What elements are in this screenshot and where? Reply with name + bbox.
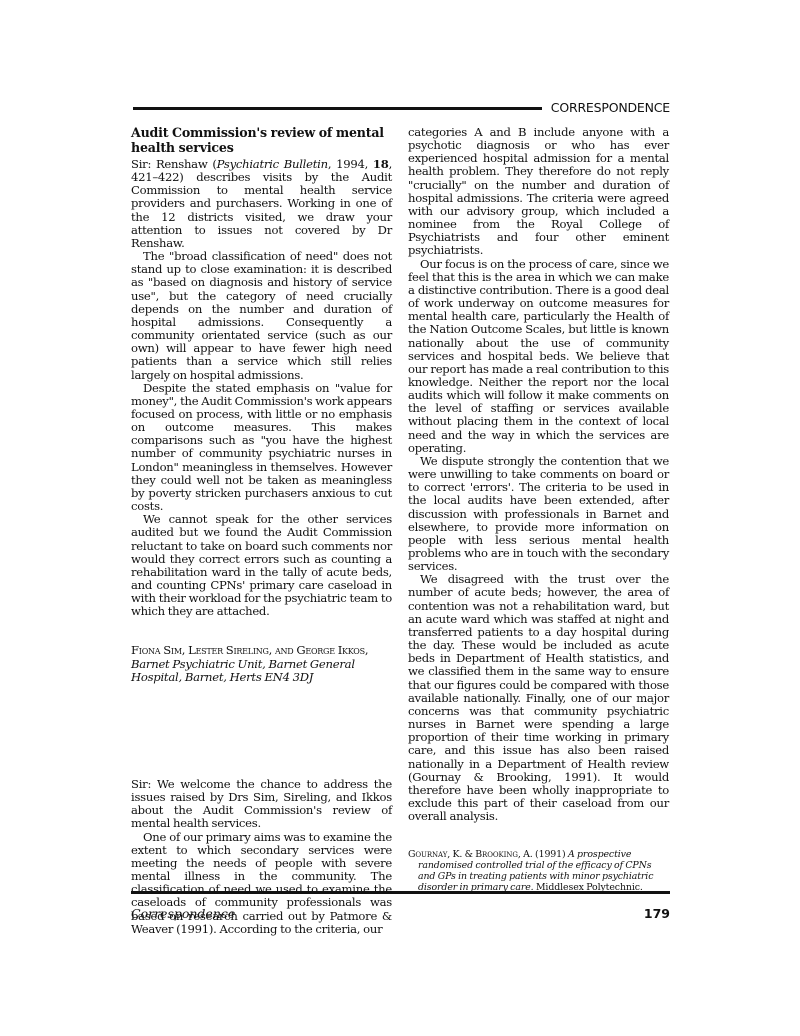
- letter1-signature: Fiona Sim, Lester Sireling, and George I…: [131, 644, 392, 683]
- journal-name: Psychiatric Bulletin: [217, 157, 328, 171]
- letter2-paragraph-1: Sir: We welcome the chance to address th…: [131, 778, 392, 831]
- reference-item: Gournay, K. & Brooking, A. (1991) A pros…: [408, 849, 669, 893]
- page-footer: Correspondence 179: [131, 891, 670, 921]
- running-head: CORRESPONDENCE: [551, 100, 670, 115]
- left-column: Audit Commission's review of mental heal…: [131, 126, 392, 936]
- header-rule: [133, 107, 542, 110]
- letter-separator: [131, 684, 392, 778]
- letter2-paragraph-3: Our focus is on the process of care, sin…: [408, 258, 669, 455]
- letter1-paragraph-1: Sir: Renshaw (Psychiatric Bulletin, 1994…: [131, 158, 392, 250]
- author-names: Fiona Sim, Lester Sireling, and George I…: [131, 643, 368, 657]
- letter1-paragraph-2: The "broad classification of need" does …: [131, 250, 392, 382]
- letter2-paragraph-5: We disagreed with the trust over the num…: [408, 573, 669, 823]
- letter2-paragraph-2-cont: categories A and B include anyone with a…: [408, 126, 669, 258]
- text: , 421–422) describes visits by the Audit…: [131, 157, 392, 250]
- page-number: 179: [644, 906, 670, 921]
- text: Sir: Renshaw (: [131, 157, 217, 171]
- text: , 1994,: [328, 157, 373, 171]
- letter1-paragraph-3: Despite the stated emphasis on "value fo…: [131, 382, 392, 514]
- letter2-paragraph-4: We dispute strongly the contention that …: [408, 455, 669, 573]
- volume-number: 18: [373, 157, 389, 171]
- page-header: CORRESPONDENCE: [133, 100, 670, 116]
- letter1-paragraph-4: We cannot speak for the other services a…: [131, 513, 392, 618]
- right-column: categories A and B include anyone with a…: [408, 126, 669, 893]
- footer-section: Correspondence: [131, 906, 235, 921]
- author-affiliation: Barnet Psychiatric Unit, Barnet General …: [131, 657, 355, 684]
- footer-rule: [131, 891, 670, 894]
- article-title: Audit Commission's review of mental heal…: [131, 126, 392, 155]
- reference-year: (1991): [535, 849, 566, 860]
- reference-authors: Gournay, K. & Brooking, A.: [408, 849, 533, 860]
